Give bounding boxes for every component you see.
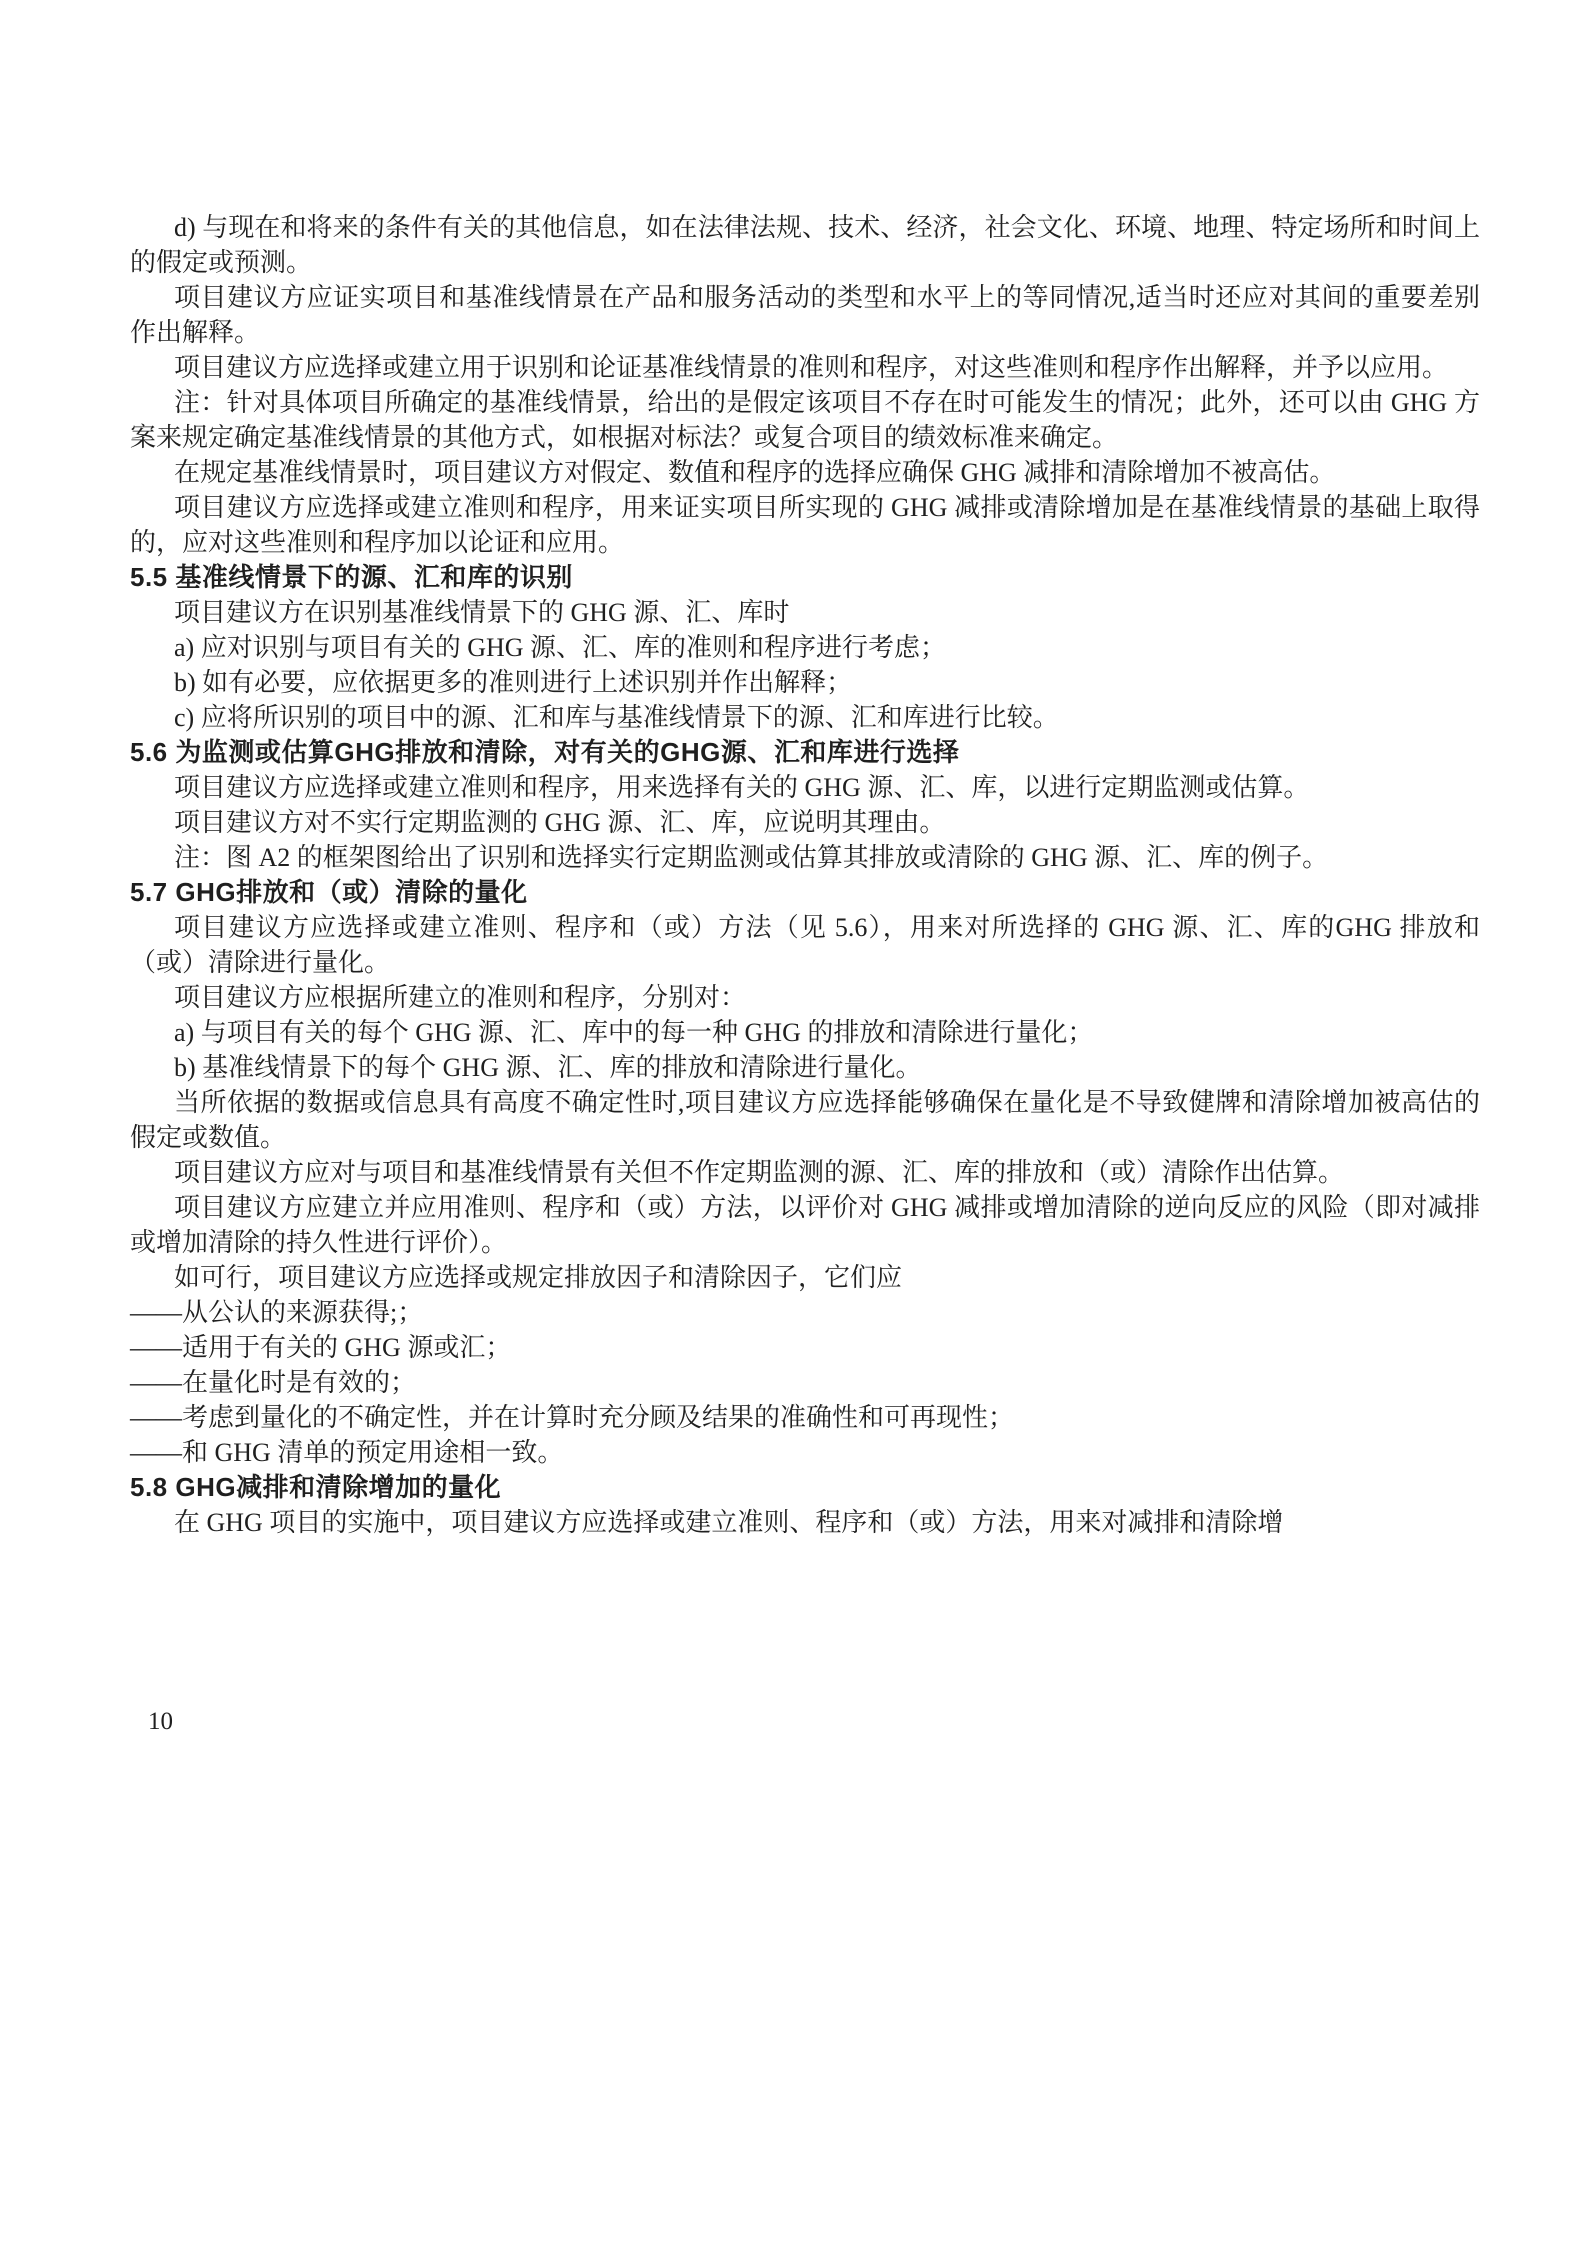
text-block: ——在量化时是有效的； [130, 1365, 1480, 1400]
text-block: 项目建议方应建立并应用准则、程序和（或）方法，以评价对 GHG 减排或增加清除的… [130, 1190, 1480, 1260]
text-block: a) 与项目有关的每个 GHG 源、汇、库中的每一种 GHG 的排放和清除进行量… [130, 1015, 1480, 1050]
page-number: 10 [148, 1706, 173, 1738]
text-block: 在 GHG 项目的实施中，项目建议方应选择或建立准则、程序和（或）方法，用来对减… [130, 1505, 1480, 1540]
text-block: 如可行，项目建议方应选择或规定排放因子和清除因子，它们应 [130, 1260, 1480, 1295]
text-block: 项目建议方应选择或建立准则和程序，用来选择有关的 GHG 源、汇、库，以进行定期… [130, 770, 1480, 805]
section-heading: 5.6 为监测或估算GHG排放和清除，对有关的GHG源、汇和库进行选择 [130, 735, 1480, 770]
text-block: 项目建议方应根据所建立的准则和程序，分别对： [130, 980, 1480, 1015]
text-block: 项目建议方对不实行定期监测的 GHG 源、汇、库，应说明其理由。 [130, 805, 1480, 840]
document-page: d) 与现在和将来的条件有关的其他信息，如在法律法规、技术、经济，社会文化、环境… [0, 0, 1587, 2245]
text-block: a) 应对识别与项目有关的 GHG 源、汇、库的准则和程序进行考虑； [130, 630, 1480, 665]
text-block: 项目建议方应选择或建立准则和程序，用来证实项目所实现的 GHG 减排或清除增加是… [130, 490, 1480, 560]
text-block: c) 应将所识别的项目中的源、汇和库与基准线情景下的源、汇和库进行比较。 [130, 700, 1480, 735]
text-block: ——考虑到量化的不确定性，并在计算时充分顾及结果的准确性和可再现性； [130, 1400, 1480, 1435]
text-block: ——适用于有关的 GHG 源或汇； [130, 1330, 1480, 1365]
text-block: 当所依据的数据或信息具有高度不确定性时,项目建议方应选择能够确保在量化是不导致健… [130, 1085, 1480, 1155]
text-block: b) 如有必要，应依据更多的准则进行上述识别并作出解释； [130, 665, 1480, 700]
document-body: d) 与现在和将来的条件有关的其他信息，如在法律法规、技术、经济，社会文化、环境… [130, 210, 1480, 1540]
text-block: 项目建议方应对与项目和基准线情景有关但不作定期监测的源、汇、库的排放和（或）清除… [130, 1155, 1480, 1190]
text-block: ——和 GHG 清单的预定用途相一致。 [130, 1435, 1480, 1470]
section-heading: 5.5 基准线情景下的源、汇和库的识别 [130, 560, 1480, 595]
text-block: ——从公认的来源获得;； [130, 1295, 1480, 1330]
text-block: 项目建议方应选择或建立准则、程序和（或）方法（见 5.6），用来对所选择的 GH… [130, 910, 1480, 980]
section-heading: 5.7 GHG排放和（或）清除的量化 [130, 875, 1480, 910]
text-block: 项目建议方在识别基准线情景下的 GHG 源、汇、库时 [130, 595, 1480, 630]
text-block: 在规定基准线情景时，项目建议方对假定、数值和程序的选择应确保 GHG 减排和清除… [130, 455, 1480, 490]
section-heading: 5.8 GHG减排和清除增加的量化 [130, 1470, 1480, 1505]
text-block: 项目建议方应选择或建立用于识别和论证基准线情景的准则和程序，对这些准则和程序作出… [130, 350, 1480, 385]
text-block: 注：针对具体项目所确定的基准线情景，给出的是假定该项目不存在时可能发生的情况；此… [130, 385, 1480, 455]
text-block: 项目建议方应证实项目和基准线情景在产品和服务活动的类型和水平上的等同情况,适当时… [130, 280, 1480, 350]
text-block: d) 与现在和将来的条件有关的其他信息，如在法律法规、技术、经济，社会文化、环境… [130, 210, 1480, 280]
text-block: 注：图 A2 的框架图给出了识别和选择实行定期监测或估算其排放或清除的 GHG … [130, 840, 1480, 875]
text-block: b) 基准线情景下的每个 GHG 源、汇、库的排放和清除进行量化。 [130, 1050, 1480, 1085]
